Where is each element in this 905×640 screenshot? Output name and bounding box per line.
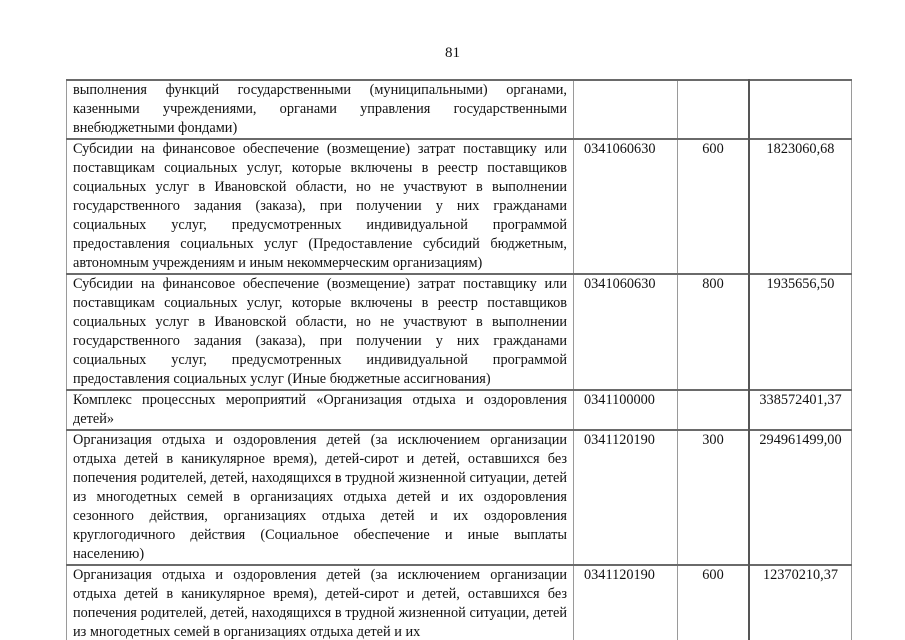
expense-type-cell: 600 (678, 565, 750, 640)
table-row: Организация отдыха и оздоровления детей … (67, 430, 852, 565)
target-code-cell: 0341100000 (574, 390, 678, 430)
amount-cell: 12370210,37 (749, 565, 852, 640)
target-code-cell: 0341060630 (574, 274, 678, 390)
expense-type-cell (678, 390, 750, 430)
description-cell: Организация отдыха и оздоровления детей … (67, 430, 574, 565)
expense-type-cell: 800 (678, 274, 750, 390)
target-code-cell (574, 80, 678, 139)
amount-cell: 338572401,37 (749, 390, 852, 430)
expense-type-cell (678, 80, 750, 139)
description-cell: Субсидии на финансовое обеспечение (возм… (67, 139, 574, 274)
expense-type-cell: 300 (678, 430, 750, 565)
description-cell: Организация отдыха и оздоровления детей … (67, 565, 574, 640)
page-number: 81 (0, 44, 905, 62)
amount-cell: 294961499,00 (749, 430, 852, 565)
description-cell: выполнения функций государственными (мун… (67, 80, 574, 139)
description-cell: Субсидии на финансовое обеспечение (возм… (67, 274, 574, 390)
target-code-cell: 0341120190 (574, 430, 678, 565)
table-row: Субсидии на финансовое обеспечение (возм… (67, 274, 852, 390)
amount-cell: 1823060,68 (749, 139, 852, 274)
table-row: Комплекс процессных мероприятий «Организ… (67, 390, 852, 430)
amount-cell: 1935656,50 (749, 274, 852, 390)
expense-type-cell: 600 (678, 139, 750, 274)
target-code-cell: 0341120190 (574, 565, 678, 640)
table-row: Субсидии на финансовое обеспечение (возм… (67, 139, 852, 274)
target-code-cell: 0341060630 (574, 139, 678, 274)
table-row: Организация отдыха и оздоровления детей … (67, 565, 852, 640)
amount-cell (749, 80, 852, 139)
table-row: выполнения функций государственными (мун… (67, 80, 852, 139)
budget-allocation-table: выполнения функций государственными (мун… (66, 79, 852, 640)
description-cell: Комплекс процессных мероприятий «Организ… (67, 390, 574, 430)
